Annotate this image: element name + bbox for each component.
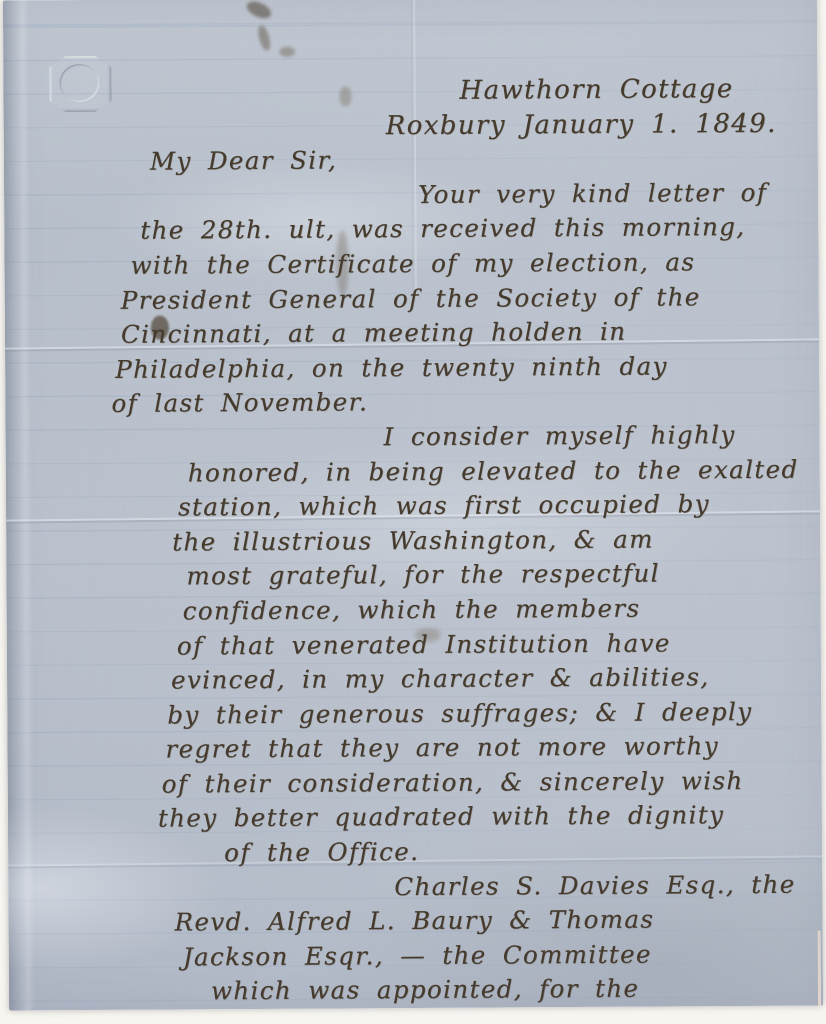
letter-line: the 28th. ult, was received this morning… [140, 210, 818, 249]
letter-line: Jackson Esqr., — the Committee [183, 936, 823, 975]
letter-line: regret that they are not more worthy [165, 729, 821, 768]
letter-place-line: Hawthorn Cottage [459, 72, 817, 109]
letter-line: I consider myself highly [383, 417, 819, 454]
letter-line: station, which was first occupied by [178, 487, 820, 526]
letter-line: which was appointed, for the [211, 971, 823, 1009]
handwritten-letter-text: Hawthorn Cottage Roxbury January 1. 1849… [3, 72, 823, 1011]
letter-paper: Hawthorn Cottage Roxbury January 1. 1849… [3, 0, 823, 1010]
letter-line: of their consideration, & sincerely wish [162, 763, 822, 802]
letter-line: Cincinnati, at a meeting holden in [121, 314, 819, 353]
letter-salutation: My Dear Sir, [150, 141, 818, 180]
letter-line: President General of the Society of the [121, 279, 819, 318]
letter-line: of the Office. [224, 833, 822, 871]
letter-line: of last November. [111, 383, 819, 422]
letter-line: they better quadrated with the dignity [158, 798, 822, 837]
letter-line: confidence, which the members [183, 590, 821, 628]
letter-line: most grateful, for the respectful [186, 556, 820, 594]
letter-line: with the Certificate of my election, as [130, 244, 818, 283]
scanned-letter-page: Hawthorn Cottage Roxbury January 1. 1849… [0, 0, 826, 1024]
adjacent-page-edge [818, 931, 821, 1011]
letter-date-line: Roxbury January 1. 1849. [386, 106, 818, 143]
letter-line: Charles S. Davies Esq., the [394, 867, 822, 904]
ink-smudge [279, 47, 295, 57]
letter-line: evinced, in my character & abilities, [171, 660, 821, 699]
letter-line: the illustrious Washington, & am [172, 521, 820, 560]
letter-line: of that venerated Institution have [177, 625, 821, 664]
letter-line: Your very kind letter of [418, 175, 818, 212]
letter-line: Philadelphia, on the twenty ninth day [115, 348, 819, 387]
letter-line: Revd. Alfred L. Baury & Thomas [174, 902, 822, 941]
letter-line: honored, in being elevated to the exalte… [188, 452, 820, 490]
letter-line: by their generous suffrages; & I deeply [167, 694, 821, 733]
